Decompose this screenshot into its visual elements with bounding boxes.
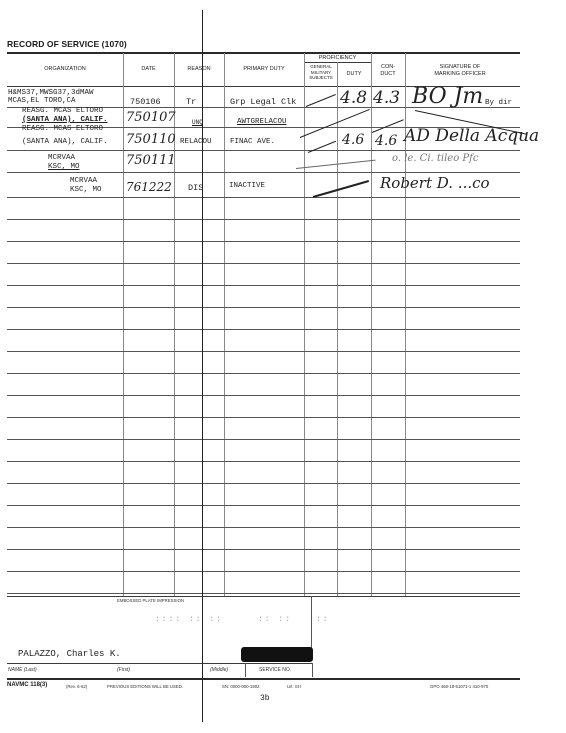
row1-reason: Tr	[186, 98, 196, 107]
row5-reason: DIS	[188, 184, 203, 193]
table-bottom-rule	[7, 596, 520, 597]
header-duty: DUTY	[337, 71, 371, 78]
name-rule	[7, 663, 313, 664]
row5-slash	[313, 180, 369, 198]
page-number: 3b	[260, 694, 270, 703]
form-id: NAVMC 118(3)	[7, 682, 47, 688]
previous-editions-note: PREVIOUS EDITIONS WILL BE USED.	[107, 684, 183, 689]
gpo-code: GPO 468-18-51071-1 410-970	[430, 684, 488, 689]
row2-date: 750107	[126, 110, 176, 125]
label-middle: (Middle)	[210, 667, 228, 673]
row3-conduct-mark: 4.6	[375, 133, 397, 149]
table-row-line	[7, 197, 520, 198]
table-row-line	[7, 373, 520, 374]
table-row-line	[7, 395, 520, 396]
footer-rule	[7, 678, 520, 680]
embossed-impression-1: :::: :: ::	[155, 615, 223, 624]
row4-signature: o. le. Ci. tileo Pfc	[392, 153, 478, 164]
table-row-line	[7, 461, 520, 462]
row3-primary-duty: FINAC AVE.	[230, 138, 275, 147]
header-reason: REASON	[174, 66, 224, 73]
row5-signature: Robert D. ...co	[380, 174, 490, 192]
header-gms: GENERAL MILITARY SUBJECTS	[305, 64, 337, 81]
redacted-service-number	[241, 647, 313, 662]
row2-primary-duty: AWTGRELACOU	[237, 118, 287, 127]
header-date: DATE	[123, 66, 174, 73]
embossed-impression-2: :: ::	[258, 615, 292, 624]
service-no-right-divider	[312, 663, 313, 677]
table-row-line	[7, 150, 520, 151]
row1-duty-mark: 4.8	[340, 88, 367, 108]
row3-gms-slash	[308, 141, 336, 153]
row1-signature: BO Jm	[412, 84, 483, 109]
table-row-line	[7, 549, 520, 550]
row3-duty-mark: 4.6	[342, 132, 364, 148]
table-row-line	[7, 241, 520, 242]
row1-org-line2: MCAS,EL TORO,CA	[8, 97, 76, 106]
row3-signature: AD Della Acqua	[404, 126, 539, 146]
row4-org-line2: KSC, MO	[48, 163, 80, 172]
form-revision: (Rev. 6-62)	[66, 684, 87, 689]
row1-primary-duty: Grp Legal Clk	[230, 98, 296, 107]
row2-org-line1: REASG. MCAS ELTORO	[22, 107, 103, 116]
table-row-line	[7, 263, 520, 264]
col-divider-date	[123, 53, 124, 596]
row3-reason: RELACOU	[180, 138, 212, 147]
table-row-line	[7, 417, 520, 418]
unit-of-issue: U/I: SH	[287, 684, 301, 689]
table-row-line	[7, 307, 520, 308]
service-no-divider	[245, 663, 246, 677]
table-row-line	[7, 527, 520, 528]
col-divider-conduct	[371, 53, 372, 596]
member-name: PALAZZO, Charles K.	[18, 650, 121, 659]
row1-gms-slash	[306, 94, 336, 107]
label-service-no: SERVICE NO.	[259, 667, 291, 673]
row4-date: 750111	[126, 153, 176, 168]
table-row-line	[7, 351, 520, 352]
table-row-line	[7, 483, 520, 484]
table-row-line	[7, 593, 520, 594]
row1-signature-note: By dir	[485, 99, 512, 108]
row1-date: 750106	[130, 98, 161, 107]
row3-date: 750110	[126, 132, 176, 147]
label-name-last: NAME (Last)	[8, 667, 37, 673]
row1-conduct-mark: 4.3	[373, 88, 400, 108]
form-title: RECORD OF SERVICE (1070)	[7, 39, 127, 49]
row2-org-line2: (SANTA ANA), CALIF.	[22, 116, 108, 125]
row2-reason: UNQ	[192, 118, 203, 127]
table-row-line	[7, 172, 520, 173]
header-signature: SIGNATURE OF MARKING OFFICER	[410, 64, 510, 77]
row5-org-line1: MCRVAA	[70, 177, 97, 186]
embossed-plate-label: EMBOSSED PLATE IMPRESSION	[117, 598, 184, 603]
header-organization: ORGANIZATION	[7, 66, 123, 73]
top-rule	[7, 52, 520, 54]
label-first: (First)	[117, 667, 130, 673]
table-row-line	[7, 571, 520, 572]
table-row-line	[7, 505, 520, 506]
row5-org-line2: KSC, MO	[70, 186, 102, 195]
table-row-line	[7, 219, 520, 220]
col-divider-duty	[224, 53, 225, 596]
row3-org-line1: REASG. MCAS ELTORO	[22, 125, 103, 134]
embossed-impression-3: ::	[316, 615, 330, 624]
header-conduct: CON- DUCT	[371, 64, 405, 77]
row5-date: 761222	[126, 180, 172, 194]
stock-number: SN: 0000-000-1902	[222, 684, 260, 689]
table-row-line	[7, 439, 520, 440]
row5-primary-duty: INACTIVE	[229, 182, 265, 191]
table-row-line	[7, 329, 520, 330]
header-proficiency: PROFICIENCY	[304, 55, 371, 62]
header-primary-duty: PRIMARY DUTY	[224, 66, 304, 73]
row3-org-line2: (SANTA ANA), CALIF.	[22, 138, 108, 147]
row4-org-line1: MCRVAA	[48, 154, 75, 163]
row4-dashed-stroke	[296, 160, 376, 169]
table-row-line	[7, 285, 520, 286]
